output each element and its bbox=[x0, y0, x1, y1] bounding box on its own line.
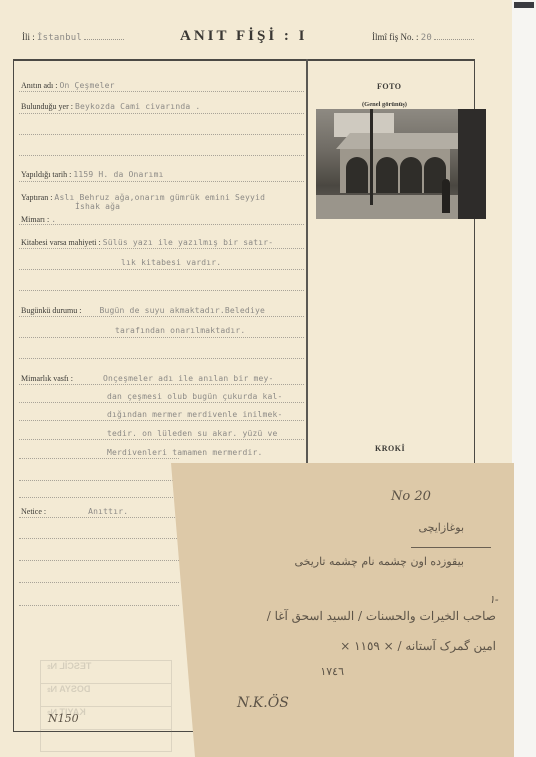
inscription-field: Kitabesi varsa mahiyeti : Sülüs yazı ile… bbox=[21, 238, 273, 247]
architectural-quality-value-line-3: dığından mermer merdivenle inilmek- bbox=[107, 410, 283, 419]
dotted-rule bbox=[19, 605, 179, 606]
photo-arch bbox=[376, 157, 398, 193]
dotted-rule bbox=[19, 224, 304, 225]
note-underline bbox=[411, 547, 491, 548]
inscription-value-line-1: Sülüs yazı ile yazılmış bir satır- bbox=[103, 238, 274, 247]
province-field: İli : İstanbul bbox=[22, 32, 124, 43]
location-value: Beykozda Cami civarında . bbox=[75, 102, 200, 111]
construction-date-value: 1159 H. da Onarımı bbox=[73, 170, 163, 179]
note-signature: N.K.ÖS bbox=[237, 695, 289, 711]
dotted-rule bbox=[19, 113, 304, 114]
dotted-rule bbox=[19, 316, 304, 317]
conclusion-label: Netice : bbox=[21, 507, 46, 516]
note-line-2: بیقوزده اون چشمه نام چشمه تاریخی bbox=[294, 555, 464, 568]
dotted-rule bbox=[434, 39, 474, 40]
dotted-rule bbox=[19, 155, 304, 156]
photo-section-label: FOTO bbox=[377, 82, 402, 91]
dotted-rule bbox=[19, 290, 304, 291]
commissioner-value-line-2: İshak ağa bbox=[75, 202, 120, 211]
architectural-quality-label: Mimarlık vasfı : bbox=[21, 374, 73, 383]
dotted-rule bbox=[19, 269, 304, 270]
conclusion-field: Netice : Anıttır. bbox=[21, 507, 128, 516]
dotted-rule bbox=[19, 538, 179, 539]
dotted-rule bbox=[19, 91, 304, 92]
architectural-quality-value-line-1: Onçeşmeler adı ile anılan bir mey- bbox=[103, 374, 274, 383]
dotted-rule bbox=[19, 517, 179, 518]
dotted-rule bbox=[19, 337, 304, 338]
dotted-rule bbox=[19, 248, 304, 249]
note-line-5: ١٧٤٦ bbox=[320, 665, 344, 678]
photo-person bbox=[442, 179, 450, 213]
dotted-rule bbox=[19, 480, 179, 481]
province-value: İstanbul bbox=[37, 33, 82, 43]
sketch-section-label: KROKİ bbox=[375, 444, 405, 453]
architect-value: . bbox=[51, 215, 56, 224]
commissioner-label: Yaptıran : bbox=[21, 193, 52, 202]
dotted-rule bbox=[19, 420, 304, 421]
location-field: Bulunduğu yer : Beykozda Cami civarında … bbox=[21, 102, 200, 111]
commissioner-value-line-1: Aslı Behruz ağa,onarım gümrük emini Seyy… bbox=[54, 193, 265, 202]
architect-field: Mimarı : . bbox=[21, 215, 56, 224]
photo-arch bbox=[346, 157, 368, 193]
registry-stamp: TESCİL № DOSYA № KAYIT № bbox=[40, 660, 172, 752]
record-number-label: İlmî fiş No. : bbox=[372, 32, 419, 42]
dotted-rule bbox=[19, 384, 304, 385]
construction-date-field: Yapıldığı tarih : 1159 H. da Onarımı bbox=[21, 170, 164, 179]
dotted-rule bbox=[19, 358, 304, 359]
monument-name-label: Anıtın adı : bbox=[21, 81, 57, 90]
conclusion-value: Anıttır. bbox=[88, 507, 128, 516]
inscription-label: Kitabesi varsa mahiyeti : bbox=[21, 238, 101, 247]
note-line-4: امین گمرک آستانه / × ١١٥٩ × bbox=[340, 639, 496, 653]
note-number: No 20 bbox=[391, 489, 431, 504]
note-item-number: ١- bbox=[489, 593, 499, 606]
current-condition-field: Bugünkü durumu : Bugün de suyu akmaktadı… bbox=[21, 306, 265, 315]
note-line-1: بوغازایچی bbox=[418, 521, 464, 534]
photo-caption: (Genel görünüş) bbox=[362, 101, 407, 108]
inscription-value-line-2: lık kitabesi vardır. bbox=[121, 258, 221, 267]
handwritten-note: No 20 بوغازایچی بیقوزده اون چشمه نام چشم… bbox=[171, 463, 514, 757]
dotted-rule bbox=[19, 402, 304, 403]
dotted-rule bbox=[19, 134, 304, 135]
architect-label: Mimarı : bbox=[21, 215, 49, 224]
record-number-value: 20 bbox=[421, 33, 432, 43]
current-condition-value-line-1: Bugün de suyu akmaktadır.Belediye bbox=[99, 306, 265, 315]
construction-date-label: Yapıldığı tarih : bbox=[21, 170, 71, 179]
location-label: Bulunduğu yer : bbox=[21, 102, 73, 111]
margin-handwritten-number: N150 bbox=[48, 712, 79, 725]
dotted-rule bbox=[19, 582, 179, 583]
stamp-row: DOSYA № bbox=[41, 684, 171, 707]
scan-edge-mark bbox=[514, 2, 534, 8]
monument-name-field: Anıtın adı : On Çeşmeler bbox=[21, 81, 115, 90]
architectural-quality-field: Mimarlık vasfı : Onçeşmeler adı ile anıl… bbox=[21, 374, 274, 383]
page-title: ANIT FİŞİ : I bbox=[180, 28, 308, 45]
monument-name-value: On Çeşmeler bbox=[59, 81, 114, 90]
current-condition-label: Bugünkü durumu : bbox=[21, 306, 81, 315]
photo-tree bbox=[458, 109, 486, 219]
photo-arch bbox=[400, 157, 422, 193]
province-label: İli : bbox=[22, 32, 35, 42]
dotted-rule bbox=[19, 181, 304, 182]
dotted-rule bbox=[19, 458, 179, 459]
scan-edge bbox=[512, 0, 536, 757]
current-condition-value-line-2: tarafından onarılmaktadır. bbox=[115, 326, 245, 335]
architectural-quality-value-line-5: Merdivenleri tamamen mermerdir. bbox=[107, 448, 263, 457]
dotted-rule bbox=[19, 497, 179, 498]
note-line-3: صاحب الخیرات والحسنات / السید اسحق آغا / bbox=[267, 609, 496, 623]
architectural-quality-value-line-2: dan çeşmesi olub bugün çukurda kal- bbox=[107, 392, 283, 401]
dotted-rule bbox=[19, 439, 304, 440]
monument-photo bbox=[316, 109, 486, 219]
architectural-quality-value-line-4: tedir. on lüleden su akar. yüzü ve bbox=[107, 429, 278, 438]
dotted-rule bbox=[19, 560, 179, 561]
column-divider bbox=[306, 59, 308, 464]
commissioner-field: Yaptıran : Aslı Behruz ağa,onarım gümrük… bbox=[21, 193, 265, 202]
dotted-rule bbox=[84, 39, 124, 40]
record-number-field: İlmî fiş No. : 20 bbox=[372, 32, 474, 43]
stamp-row: TESCİL № bbox=[41, 661, 171, 684]
photo-pole bbox=[370, 109, 373, 205]
